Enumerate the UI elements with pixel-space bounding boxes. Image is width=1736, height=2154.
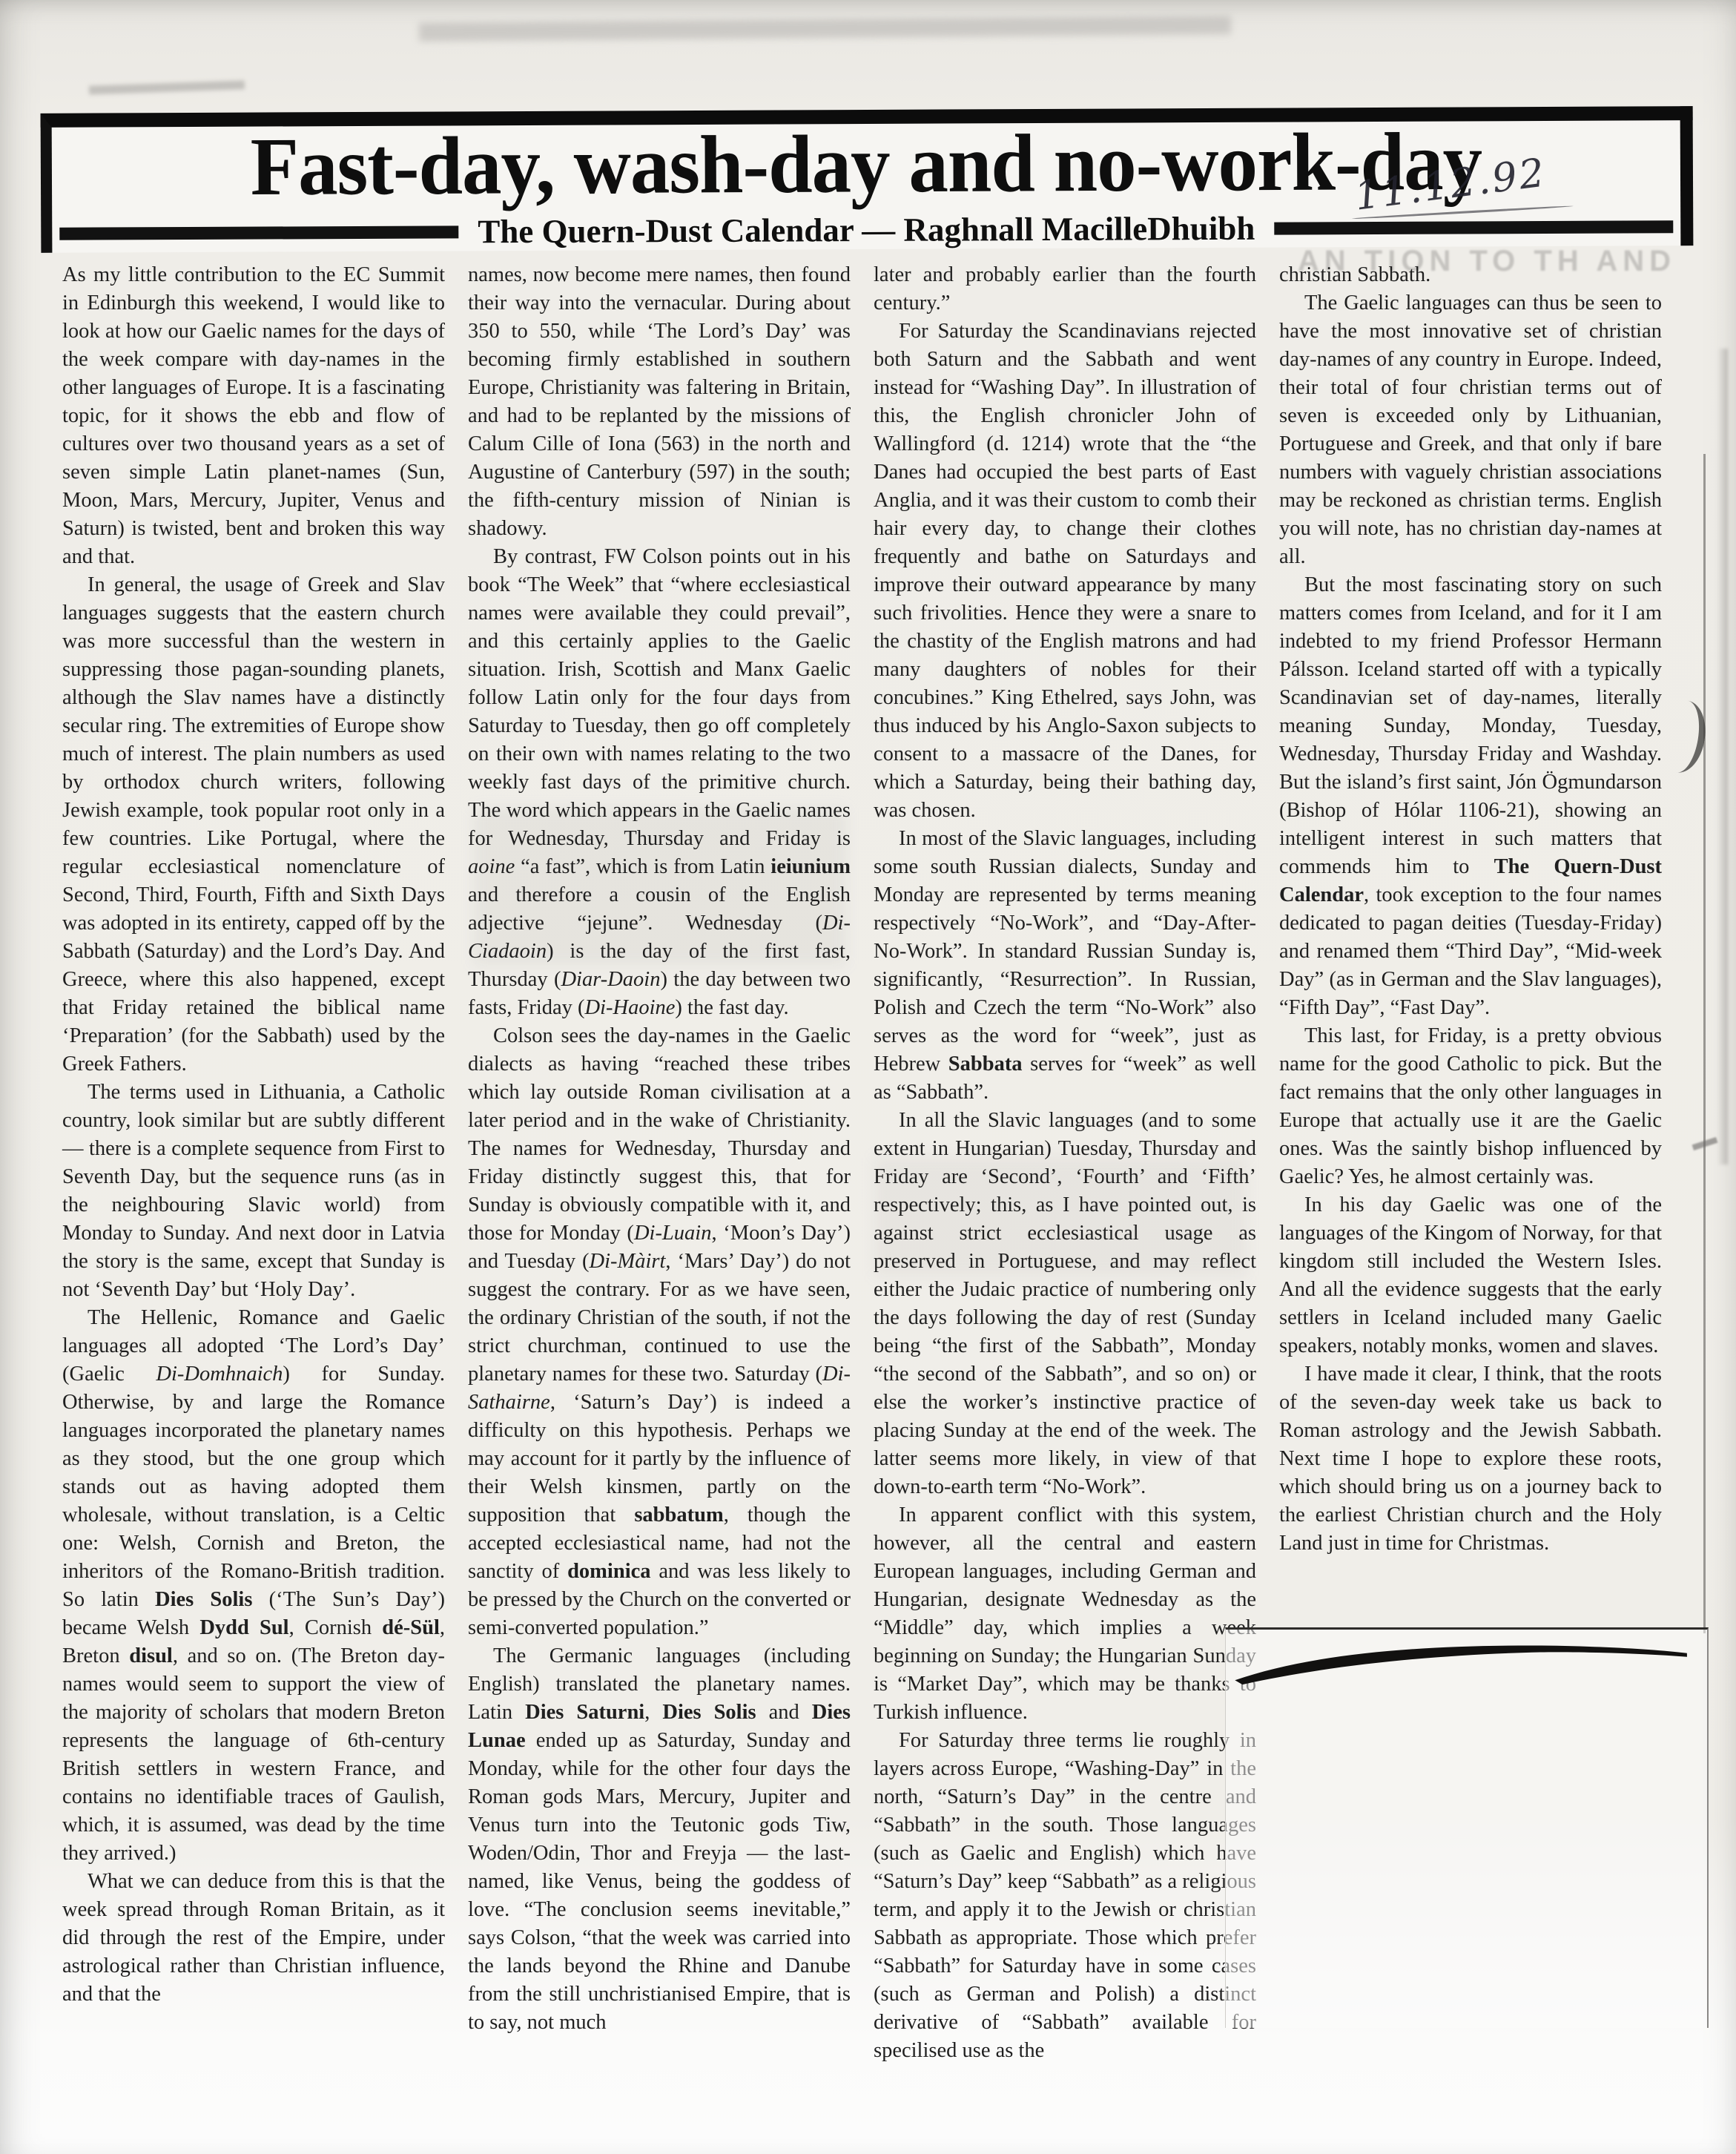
paragraph: christian Sabbath. [1279,261,1662,289]
paragraph: By contrast, FW Colson points out in his… [468,543,851,1022]
paragraph: The Gaelic languages can thus be seen to… [1279,289,1662,571]
handwritten-mark [1654,697,1711,776]
paragraph: names, now become mere names, then found… [468,261,851,543]
paragraph: Colson sees the day-names in the Gaelic … [468,1022,851,1642]
paragraph: For Saturday three terms lie roughly in … [874,1727,1256,2065]
article-column-4: christian Sabbath.The Gaelic languages c… [1279,261,1662,1558]
scan-streak [419,16,1231,42]
paragraph: In all the Slavic languages (and to some… [874,1107,1256,1501]
rule-bar-right [1274,220,1673,234]
column-rule [1703,454,1706,1633]
article-column-2: names, now become mere names, then found… [468,261,851,2037]
paragraph: I have made it clear, I think, that the … [1279,1360,1662,1558]
scan-streak [89,80,245,94]
newspaper-clipping-page: Fast-day, wash-day and no-work-day The Q… [0,0,1736,2154]
paragraph: As my little contribution to the EC Summ… [62,261,445,571]
paragraph: This last, for Friday, is a pretty obvio… [1279,1022,1662,1191]
paragraph: In general, the usage of Greek and Slav … [62,571,445,1078]
masthead: Fast-day, wash-day and no-work-day The Q… [41,106,1694,253]
paragraph: For Saturday the Scandinavians rejected … [874,317,1256,825]
paragraph: The Germanic languages (including Englis… [468,1642,851,2037]
paragraph: later and probably earlier than the four… [874,261,1256,317]
rule-bar-left [59,225,458,240]
paragraph: The Hellenic, Romance and Gaelic languag… [62,1304,445,1868]
paragraph: The terms used in Lithuania, a Catholic … [62,1078,445,1304]
paragraph: What we can deduce from this is that the… [62,1868,445,2009]
article-column-3: later and probably earlier than the four… [874,261,1256,2065]
paragraph: In his day Gaelic was one of the languag… [1279,1191,1662,1360]
next-clipping-edge [1225,1627,1709,2028]
ink-swoosh-icon [1230,1637,1691,1685]
article-column-1: As my little contribution to the EC Summ… [62,261,445,2009]
paragraph: But the most fascinating story on such m… [1279,571,1662,1022]
page-edge-shadow [1717,349,1728,1165]
paragraph: In most of the Slavic languages, includi… [874,825,1256,1107]
paragraph: In apparent conflict with this system, h… [874,1501,1256,1727]
